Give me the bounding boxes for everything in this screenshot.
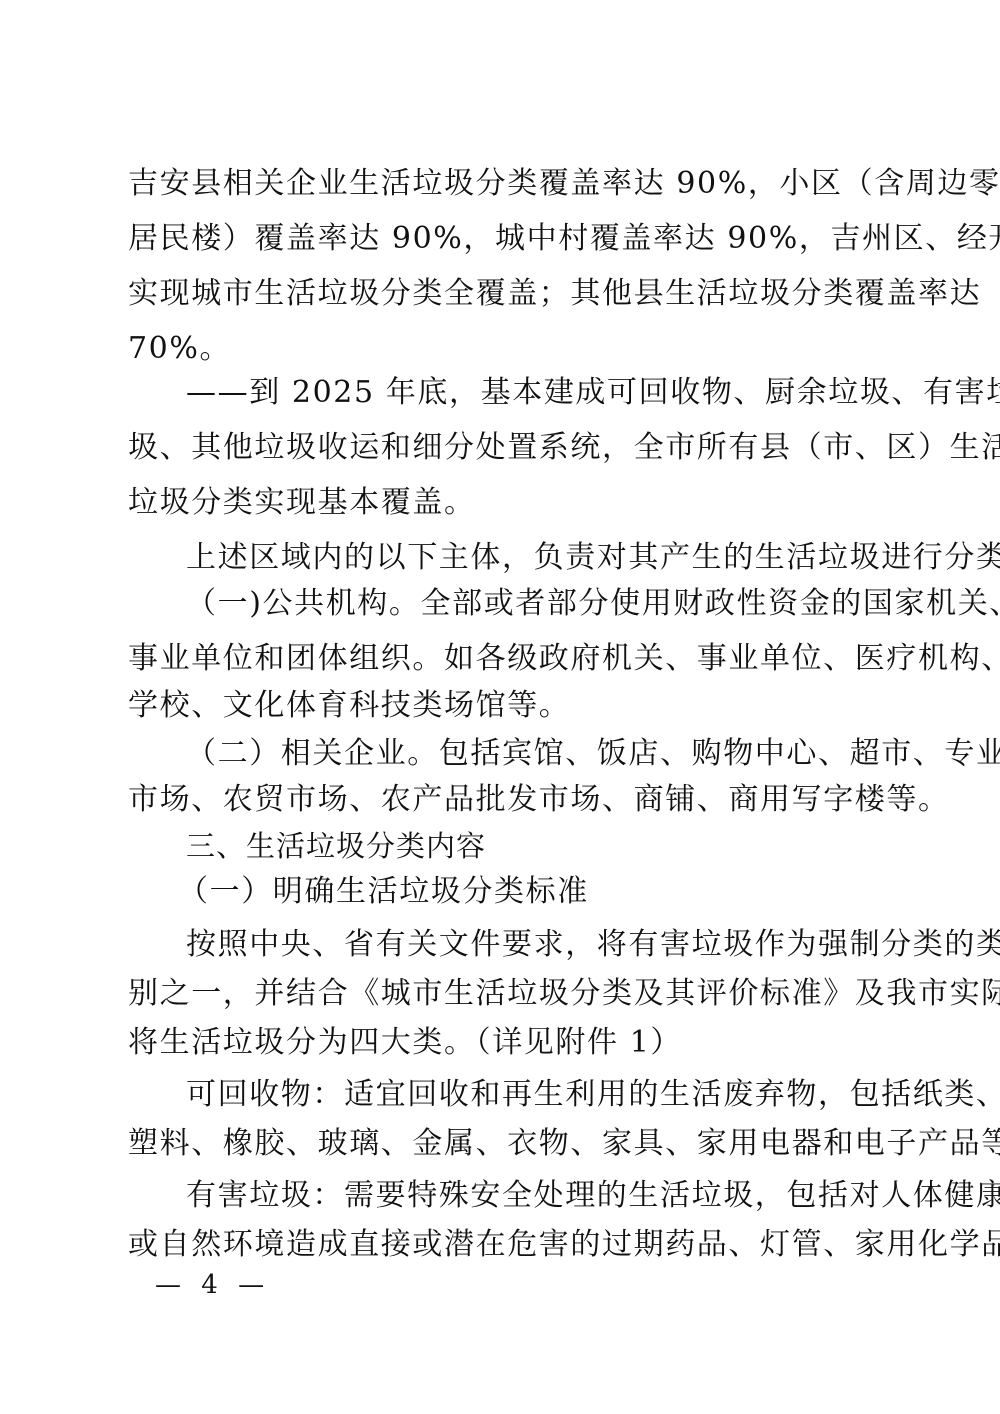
section-heading: 三、生活垃圾分类内容 [186, 826, 872, 866]
text-line: 或自然环境造成直接或潜在危害的过期药品、灯管、家用化学品 [128, 1225, 872, 1265]
text-line: （二）相关企业。包括宾馆、饭店、购物中心、超市、专业 [186, 734, 872, 774]
text-line: 垃圾分类实现基本覆盖。 [128, 483, 872, 523]
text-line: ——到 2025 年底，基本建成可回收物、厨余垃圾、有害垃 [186, 373, 872, 413]
page-number: — 4 — [155, 1268, 270, 1302]
text-line: 吉安县相关企业生活垃圾分类覆盖率达 90%，小区（含周边零散 [128, 164, 872, 204]
text-line: 有害垃圾：需要特殊安全处理的生活垃圾，包括对人体健康 [186, 1176, 872, 1216]
text-line: 将生活垃圾分为四大类。（详见附件 1） [128, 1023, 872, 1063]
text-line: 70%。 [128, 329, 872, 369]
subsection-heading: （一）明确生活垃圾分类标准 [178, 872, 864, 912]
text-line: （一)公共机构。全部或者部分使用财政性资金的国家机关、 [186, 584, 872, 624]
text-line: 实现城市生活垃圾分类全覆盖；其他县生活垃圾分类覆盖率达 [128, 274, 872, 314]
text-line: 居民楼）覆盖率达 90%，城中村覆盖率达 90%，吉州区、经开区 [128, 219, 872, 259]
text-line: 可回收物：适宜回收和再生利用的生活废弃物，包括纸类、 [186, 1075, 872, 1115]
text-line: 学校、文化体育科技类场馆等。 [128, 686, 872, 726]
document-page: 吉安县相关企业生活垃圾分类覆盖率达 90%，小区（含周边零散 居民楼）覆盖率达 … [0, 0, 1000, 1414]
text-line: 别之一，并结合《城市生活垃圾分类及其评价标准》及我市实际， [128, 974, 872, 1014]
text-line: 按照中央、省有关文件要求，将有害垃圾作为强制分类的类 [186, 925, 872, 965]
text-line: 塑料、橡胶、玻璃、金属、衣物、家具、家用电器和电子产品等。 [128, 1124, 872, 1164]
text-line: 事业单位和团体组织。如各级政府机关、事业单位、医疗机构、 [128, 639, 872, 679]
text-line: 市场、农贸市场、农产品批发市场、商铺、商用写字楼等。 [128, 780, 872, 820]
text-line: 圾、其他垃圾收运和细分处置系统，全市所有县（市、区）生活 [128, 428, 872, 468]
text-line: 上述区域内的以下主体，负责对其产生的生活垃圾进行分类。 [186, 538, 872, 578]
